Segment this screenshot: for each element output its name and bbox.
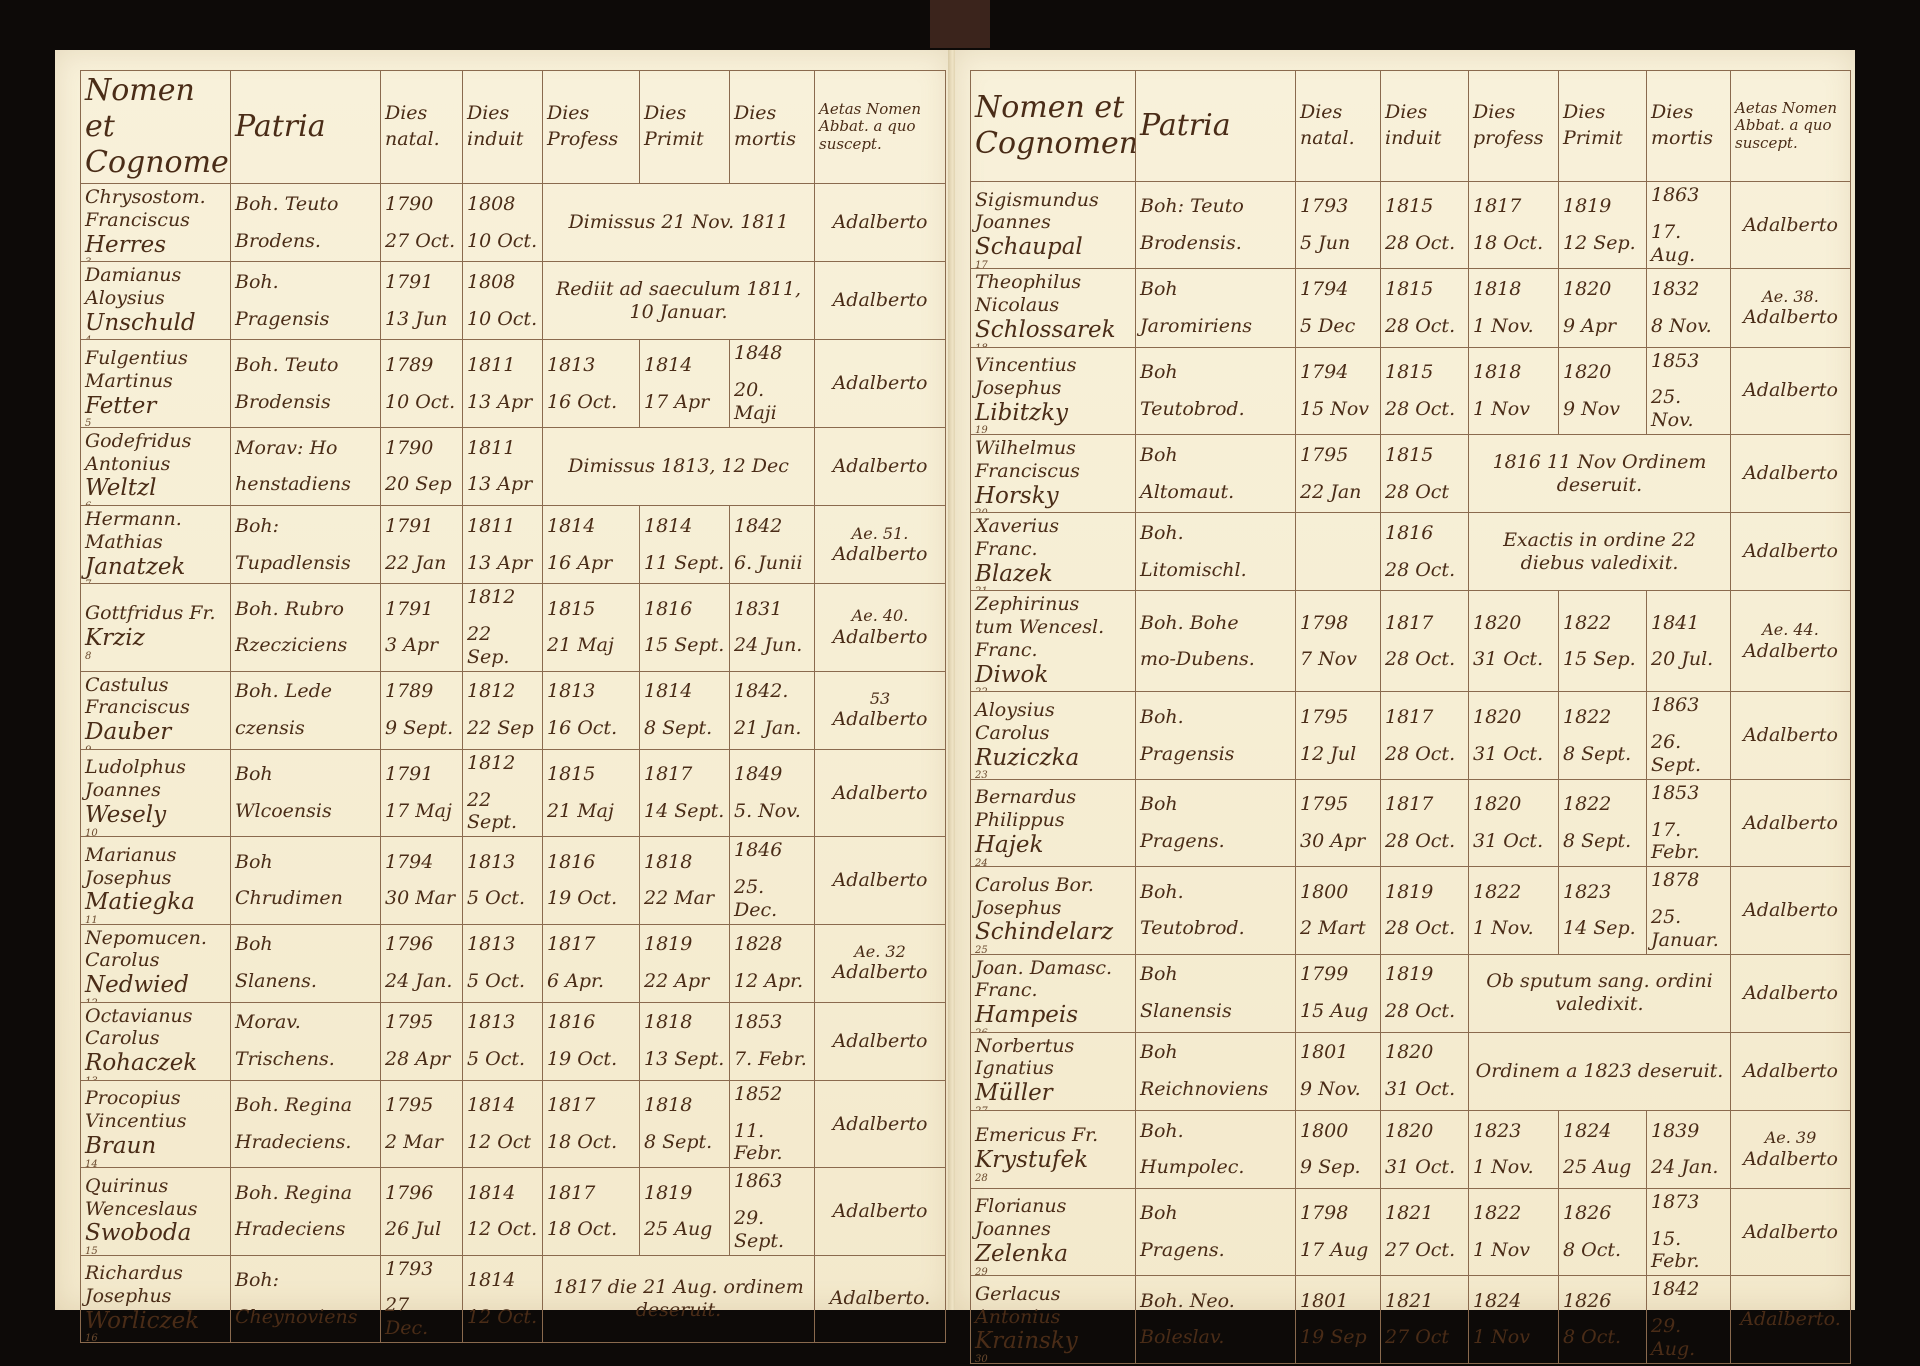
primit-cell-line2: 25 Aug [1563,1156,1642,1179]
natal-cell-line1: 1796 [385,1182,458,1205]
remark-note: Dimissus 1813, 12 Dec [543,427,815,505]
induit-cell-line1: 1811 [467,437,538,460]
induit-cell-line1: 1819 [1385,881,1464,904]
primit-cell-line2: 22 Mar [644,887,725,910]
primit-cell: 18188 Sept. [640,1080,730,1167]
nomen-line: Blazek [975,561,1131,589]
natal-cell-line2: 20 Sep [385,473,458,496]
mortis-cell: 182812 Apr. [730,924,815,1002]
patria-cell-line1: Boh. [1140,706,1291,729]
primit-cell-line1: 1818 [644,1094,725,1117]
patria-cell-line2: Wlcoensis [235,800,376,823]
table-row: BernardusPhilippusHajek24BohPragens.1795… [971,779,1851,866]
nomen-line: Braun [85,1133,226,1161]
profess-cell-line1: 1824 [1473,1290,1554,1313]
induit-cell-line2: 28 Oct. [1385,917,1464,940]
induit-cell-line2: 27 Oct. [1385,1239,1464,1262]
induit-cell-line1: 1811 [467,354,538,377]
nomen-cell: SigismundusJoannesSchaupal17 [971,182,1136,269]
mortis-cell-line2: 11. Febr. [734,1120,810,1166]
mortis-cell-line2: 21 Jan. [734,717,810,740]
primit-cell-line1: 1817 [644,763,725,786]
primit-cell-line2: 8 Sept. [1563,830,1642,853]
natal-cell-line1: 1795 [1300,706,1376,729]
table-row: QuirinusWenceslausSwoboda15Boh. ReginaHr… [81,1168,946,1255]
natal-cell-line2: 2 Mart [1300,917,1376,940]
aetas-value: Ae. 38. [1735,287,1846,306]
induit-cell-line2: 28 Oct. [1385,648,1464,671]
nomen-line: Wilhelmus [975,437,1131,460]
natal-cell-line1: 1801 [1300,1290,1376,1313]
nomen-line: Joannes [85,779,226,802]
nomen-line: Diwok [975,662,1131,690]
induit-cell-line2: 31 Oct. [1385,1156,1464,1179]
patria-cell: BohWlcoensis [231,749,381,836]
primit-cell-line2: 14 Sept. [644,800,725,823]
profess-cell: 181718 Oct. [543,1080,640,1167]
mortis-cell-line1: 1842 [1651,1278,1726,1301]
natal-cell-line1: 1800 [1300,881,1376,904]
header-row: Nomen et Cognomen Patria Dies natal. Die… [81,71,946,184]
induit-cell-line1: 1817 [1385,793,1464,816]
nomen-line: Nedwied [85,972,226,1000]
natal-cell-line2: 15 Nov [1300,398,1376,421]
patria-cell: Boh.Pragensis [1136,692,1296,779]
natal-cell: 18002 Mart [1296,867,1381,954]
profess-cell-line1: 1818 [1473,278,1554,301]
induit-cell-line2: 13 Apr [467,552,538,575]
profess-cell-line1: 1822 [1473,881,1554,904]
induit-cell-line1: 1814 [467,1182,538,1205]
abbat-cell: Adalberto [1731,513,1851,591]
profess-cell: 181718 Oct. [1469,182,1559,269]
nomen-line: Franc. [975,639,1131,662]
nomen-cell: Chrysostom.FranciscusHerres3 [81,184,231,262]
mortis-cell: 183924 Jan. [1647,1110,1731,1188]
mortis-cell: 183124 Jun. [730,584,815,671]
induit-cell-line1: 1808 [467,193,538,216]
primit-cell-line1: 1816 [644,598,725,621]
profess-cell: 181619 Oct. [543,1002,640,1080]
primit-cell-line2: 13 Sept. [644,1048,725,1071]
header-nomen: Nomen et Cognomen [81,71,231,184]
profess-cell: 182031 Oct. [1469,591,1559,692]
abbat-cell: Ae. 39Adalberto [1731,1110,1851,1188]
natal-cell: 179626 Jul [381,1168,463,1255]
induit-cell-line1: 1811 [467,515,538,538]
profess-cell-line1: 1814 [547,515,635,538]
header-dies-profess: Dies profess [1469,71,1559,182]
abbat-name: Adalberto [1743,1060,1838,1082]
patria-cell-line1: Boh [1140,963,1291,986]
table-row: Chrysostom.FranciscusHerres3Boh. TeutoBr… [81,184,946,262]
abbat-name: Adalberto [833,1113,928,1135]
profess-cell-line1: 1820 [1473,706,1554,729]
profess-cell-line2: 21 Maj [547,800,635,823]
aetas-value: Ae. 32 [819,942,941,961]
primit-cell: 18209 Nov [1559,347,1647,434]
patria-cell-line2: mo-Dubens. [1140,648,1291,671]
induit-cell-line2: 22 Sep. [467,623,538,669]
patria-cell-line1: Morav. [235,1011,376,1034]
abbat-name: Adalberto [833,543,928,565]
abbat-name: Adalberto [1743,1148,1838,1170]
profess-cell-line2: 31 Oct. [1473,648,1554,671]
primit-cell-line1: 1819 [644,1182,725,1205]
induit-cell-line2: 22 Sep [467,717,538,740]
patria-cell-line2: Reichnoviens [1140,1078,1291,1101]
primit-cell-line2: 9 Nov [1563,398,1642,421]
natal-cell-line1: 1789 [385,680,458,703]
nomen-line: Dauber [85,719,226,747]
mortis-cell-line1: 1848 [734,342,810,365]
profess-cell-line2: 16 Oct. [547,391,635,414]
nomen-line: Richardus [85,1262,226,1285]
mortis-cell-line2: 15. Febr. [1651,1228,1726,1274]
mortis-cell-line1: 1853 [1651,782,1726,805]
profess-cell: 182031 Oct. [1469,779,1559,866]
induit-cell: 18135 Oct. [463,924,543,1002]
natal-cell-line2: 2 Mar [385,1131,458,1154]
abbat-cell: Adalberto [815,1002,946,1080]
nomen-line: Zelenka [975,1241,1131,1269]
natal-cell-line1: 1791 [385,271,458,294]
patria-cell-line1: Boh: [235,515,376,538]
induit-cell: 181113 Apr [463,505,543,583]
nomen-line: Wenceslaus [85,1198,226,1221]
patria-cell-line1: Boh [1140,361,1291,384]
profess-cell-line1: 1815 [547,763,635,786]
induit-cell: 182127 Oct. [1381,1188,1469,1275]
mortis-cell-line2: 17. Aug. [1651,221,1726,267]
mortis-cell: 185211. Febr. [730,1080,815,1167]
nomen-line: Carolus [975,722,1131,745]
induit-cell-line2: 28 Oct. [1385,559,1464,582]
header-nomen: Nomen et Cognomen [971,71,1136,182]
patria-cell: Morav.Trischens. [231,1002,381,1080]
patria-cell: BohTeutobrod. [1136,347,1296,434]
nomen-cell: OctavianusCarolusRohaczek13 [81,1002,231,1080]
primit-cell-line1: 1823 [1563,881,1642,904]
induit-cell-line2: 28 Oct [1385,481,1464,504]
profess-cell: 181521 Maj [543,584,640,671]
nomen-cell: QuirinusWenceslausSwoboda15 [81,1168,231,1255]
table-row: CastulusFranciscusDauber9Boh. Ledeczensi… [81,671,946,749]
primit-cell-line2: 8 Oct. [1563,1326,1642,1349]
profess-cell: 18181 Nov. [1469,269,1559,347]
abbat-cell: Adalberto [815,1080,946,1167]
book-binding [930,0,990,48]
natal-cell-line1: 1799 [1300,963,1376,986]
nomen-line: Nicolaus [975,294,1131,317]
natal-cell-line1: 1790 [385,437,458,460]
patria-cell-line1: Boh. [1140,881,1291,904]
nomen-line: Franc. [975,538,1131,561]
patria-cell-line2: Jaromiriens [1140,315,1291,338]
induit-cell: 181412 Oct. [463,1168,543,1255]
abbat-name: Adalberto [1743,724,1838,746]
primit-cell-line2: 8 Sept. [644,1131,725,1154]
induit-cell: 181628 Oct. [1381,513,1469,591]
nomen-line: Rohaczek [85,1050,226,1078]
primit-cell: 181813 Sept. [640,1002,730,1080]
table-row: VincentiusJosephusLibitzky19BohTeutobrod… [971,347,1851,434]
nomen-cell: Hermann.MathiasJanatzek7 [81,505,231,583]
table-row: Nepomucen.CarolusNedwied12BohSlanens.179… [81,924,946,1002]
profess-cell-line2: 18 Oct. [1473,232,1554,255]
natal-cell-line2: 27 Dec. [385,1294,458,1340]
natal-cell-line2: 7 Nov [1300,648,1376,671]
nomen-line: Antonius [975,1306,1131,1329]
nomen-cell: GerlacusAntoniusKrainsky30 [971,1276,1136,1363]
table-row: DamianusAloysiusUnschuld4Boh.Pragensis17… [81,262,946,340]
nomen-cell: WilhelmusFranciscusHorsky20 [971,434,1136,512]
nomen-line: Franciscus [85,696,226,719]
patria-cell-line2: Brodensis [235,391,376,414]
remark-note: Ob sputum sang. ordini valedixit. [1469,954,1731,1032]
primit-cell: 18268 Oct. [1559,1276,1647,1363]
nomen-line: Josephus [975,897,1131,920]
nomen-line: Mathias [85,531,226,554]
primit-cell-line1: 1822 [1563,612,1642,635]
induit-cell-line2: 28 Oct. [1385,1000,1464,1023]
primit-cell-line2: 14 Sep. [1563,917,1642,940]
nomen-line: Franciscus [85,209,226,232]
natal-cell: 17987 Nov [1296,591,1381,692]
mortis-cell: 186329. Sept. [730,1168,815,1255]
nomen-line: Hermann. [85,508,226,531]
nomen-line: Joan. Damasc. [975,957,1131,980]
patria-cell-line1: Morav: Ho [235,437,376,460]
patria-cell-line1: Boh [235,763,376,786]
profess-cell: 181619 Oct. [543,837,640,924]
induit-cell: 181113 Apr [463,340,543,427]
profess-cell-line2: 1 Nov [1473,398,1554,421]
mortis-cell: 187315. Febr. [1647,1188,1731,1275]
mortis-cell-line1: 1849 [734,763,810,786]
primit-cell: 181615 Sept. [640,584,730,671]
mortis-cell-line2: 26. Sept. [1651,731,1726,777]
table-row: Zephirinustum Wencesl.Franc.Diwok22Boh. … [971,591,1851,692]
induit-cell-line2: 28 Oct. [1385,315,1464,338]
primit-cell-line1: 1820 [1563,278,1642,301]
primit-cell-line2: 17 Apr [644,391,725,414]
nomen-line: Libitzky [975,400,1131,428]
header-dies-induit: Dies induit [463,71,543,184]
abbat-cell: Adalberto [815,184,946,262]
patria-cell-line2: Tupadlensis [235,552,376,575]
induit-cell-line2: 28 Oct. [1385,232,1464,255]
patria-cell: Boh. RubroRzecziciens [231,584,381,671]
primit-cell: 181925 Aug [640,1168,730,1255]
patria-cell-line2: Rzecziciens [235,634,376,657]
primit-cell: 181417 Apr [640,340,730,427]
natal-cell-line2: 22 Jan [385,552,458,575]
nomen-line: Schlossarek [975,317,1131,345]
primit-cell: 182425 Aug [1559,1110,1647,1188]
primit-cell: 182314 Sep. [1559,867,1647,954]
induit-cell: 180810 Oct. [463,184,543,262]
natal-cell: 179817 Aug [1296,1188,1381,1275]
natal-cell-line2: 27 Oct. [385,230,458,253]
patria-cell: Boh. TeutoBrodensis [231,340,381,427]
primit-cell-line1: 1826 [1563,1290,1642,1313]
profess-cell-line1: 1817 [547,1094,635,1117]
patria-cell: Boh:Cheynoviens [231,1255,381,1342]
profess-cell-line2: 19 Oct. [547,1048,635,1071]
abbat-name: Adalberto [833,708,928,730]
aetas-value: Ae. 40. [819,606,941,625]
nomen-line: Krziz [85,625,226,653]
nomen-line: Castulus [85,674,226,697]
primit-cell-line1: 1814 [644,515,725,538]
abbat-cell: Adalberto [815,340,946,427]
induit-cell-line2: 27 Oct [1385,1326,1464,1349]
nomen-line: Chrysostom. [85,186,226,209]
patria-cell-line1: Boh. Teuto [235,193,376,216]
patria-cell-line1: Boh [1140,1041,1291,1064]
patria-cell-line2: Cheynoviens [235,1306,376,1329]
profess-cell-line1: 1822 [1473,1202,1554,1225]
abbat-cell: Adalberto [815,837,946,924]
abbat-name: Adalberto [1743,379,1838,401]
table-row: XaveriusFranc.Blazek21Boh.Litomischl.181… [971,513,1851,591]
natal-cell-line1: 1790 [385,193,458,216]
primit-cell-line2: 8 Sept. [1563,743,1642,766]
patria-cell: Boh.Humpolec. [1136,1110,1296,1188]
table-row: ProcopiusVincentiusBraun14Boh. ReginaHra… [81,1080,946,1167]
natal-cell: 17899 Sept. [381,671,463,749]
remark-note: Ordinem a 1823 deseruit. [1469,1032,1731,1110]
header-dies-primit: Dies Primit [1559,71,1647,182]
natal-cell-line2: 24 Jan. [385,970,458,993]
abbat-name: Adalberto [833,782,928,804]
induit-cell: 181528 Oct. [1381,269,1469,347]
natal-cell-line1: 1798 [1300,612,1376,635]
nomen-line: Quirinus [85,1175,226,1198]
abbat-cell: Adalberto [815,749,946,836]
remark-note: Exactis in ordine 22 diebus valedixit. [1469,513,1731,591]
nomen-cell: Carolus Bor.JosephusSchindelarz25 [971,867,1136,954]
induit-cell-line2: 10 Oct. [467,308,538,331]
abbat-cell: Ae. 40.Adalberto [815,584,946,671]
nomen-line: Zephirinus [975,593,1131,616]
abbat-cell: Adalberto [1731,182,1851,269]
induit-cell: 181113 Apr [463,427,543,505]
abbat-name: Adalberto [833,869,928,891]
profess-cell-line2: 31 Oct. [1473,743,1554,766]
abbat-cell: Adalberto. [815,1255,946,1342]
nomen-cell: NorbertusIgnatiusMüller27 [971,1032,1136,1110]
patria-cell-line1: Boh. [1140,522,1291,545]
natal-cell-line2: 9 Sep. [1300,1156,1376,1179]
primit-cell-line2: 8 Sept. [644,717,725,740]
induit-cell-line2: 22 Sept. [467,789,538,835]
patria-cell: BohSlanens. [231,924,381,1002]
induit-cell: 181728 Oct. [1381,779,1469,866]
induit-cell: 181222 Sep. [463,584,543,671]
mortis-cell-line2: 8 Nov. [1651,315,1726,338]
nomen-line: Fulgentius [85,347,226,370]
mortis-cell: 184120 Jul. [1647,591,1731,692]
natal-cell-line2: 15 Aug [1300,1000,1376,1023]
patria-cell-line2: Slanens. [235,970,376,993]
profess-cell: 181416 Apr [543,505,640,583]
patria-cell-line1: Boh. Regina [235,1182,376,1205]
mortis-cell-line1: 1839 [1651,1120,1726,1143]
register-spread: Nomen et Cognomen Patria Dies natal. Die… [55,50,1855,1310]
aetas-value: Ae. 39 [1735,1128,1846,1147]
natal-cell: 17935 Jun [1296,182,1381,269]
header-dies-mortis: Dies mortis [1647,71,1731,182]
natal-cell-line1: 1795 [1300,793,1376,816]
profess-cell: 181316 Oct. [543,340,640,427]
mortis-cell-line1: 1828 [734,933,810,956]
table-row: FulgentiusMartinusFetter5Boh. TeutoBrode… [81,340,946,427]
mortis-cell-line1: 1878 [1651,869,1726,892]
natal-cell: 17945 Dec [1296,269,1381,347]
header-dies-natal: Dies natal. [1296,71,1381,182]
induit-cell: 181412 Oct. [463,1255,543,1342]
induit-cell-line2: 10 Oct. [467,230,538,253]
mortis-cell-line1: 1863 [1651,694,1726,717]
natal-cell-line2: 19 Sep [1300,1326,1376,1349]
table-row: WilhelmusFranciscusHorsky20BohAltomaut.1… [971,434,1851,512]
patria-cell: BohSlanensis [1136,954,1296,1032]
patria-cell-line2: Teutobrod. [1140,917,1291,940]
mortis-cell-line1: 1842. [734,680,810,703]
induit-cell-line2: 28 Oct. [1385,830,1464,853]
abbat-name: Adalberto [1743,540,1838,562]
abbat-cell: Ae. 38.Adalberto [1731,269,1851,347]
nomen-cell: FulgentiusMartinusFetter5 [81,340,231,427]
abbat-name: Adalberto [833,211,928,233]
induit-cell-line2: 31 Oct. [1385,1078,1464,1101]
natal-cell-line2: 9 Nov. [1300,1078,1376,1101]
profess-cell: 181316 Oct. [543,671,640,749]
induit-cell-line1: 1813 [467,851,538,874]
abbat-cell: Adalberto [1731,1032,1851,1110]
nomen-line: Marianus [85,844,226,867]
primit-cell-line1: 1819 [644,933,725,956]
abbat-name: Adalberto [833,961,928,983]
primit-cell-line1: 1822 [1563,793,1642,816]
primit-cell-line1: 1814 [644,354,725,377]
nomen-cell: BernardusPhilippusHajek24 [971,779,1136,866]
induit-cell-line1: 1813 [467,933,538,956]
abbat-cell: Ae. 51.Adalberto [815,505,946,583]
patria-cell-line1: Boh [235,851,376,874]
patria-cell: Boh. Ledeczensis [231,671,381,749]
patria-cell-line1: Boh [235,933,376,956]
profess-cell-line1: 1815 [547,598,635,621]
patria-cell-line2: Trischens. [235,1048,376,1071]
abbat-cell: Adalberto [1731,347,1851,434]
abbat-name: Adalberto [1743,640,1838,662]
mortis-cell-line1: 1842 [734,515,810,538]
mortis-cell-line2: 25. Nov. [1651,386,1726,432]
induit-cell-line1: 1820 [1385,1041,1464,1064]
profess-cell: 18176 Apr. [543,924,640,1002]
table-row: AloysiusCarolusRuziczka23Boh.Pragensis17… [971,692,1851,779]
induit-cell-line2: 12 Oct. [467,1306,538,1329]
patria-cell-line1: Boh [1140,278,1291,301]
induit-cell: 180810 Oct. [463,262,543,340]
natal-cell-line1: 1793 [385,1258,458,1281]
induit-cell: 182031 Oct. [1381,1110,1469,1188]
nomen-line: Carolus Bor. [975,874,1131,897]
patria-cell-line2: Pragensis [1140,743,1291,766]
